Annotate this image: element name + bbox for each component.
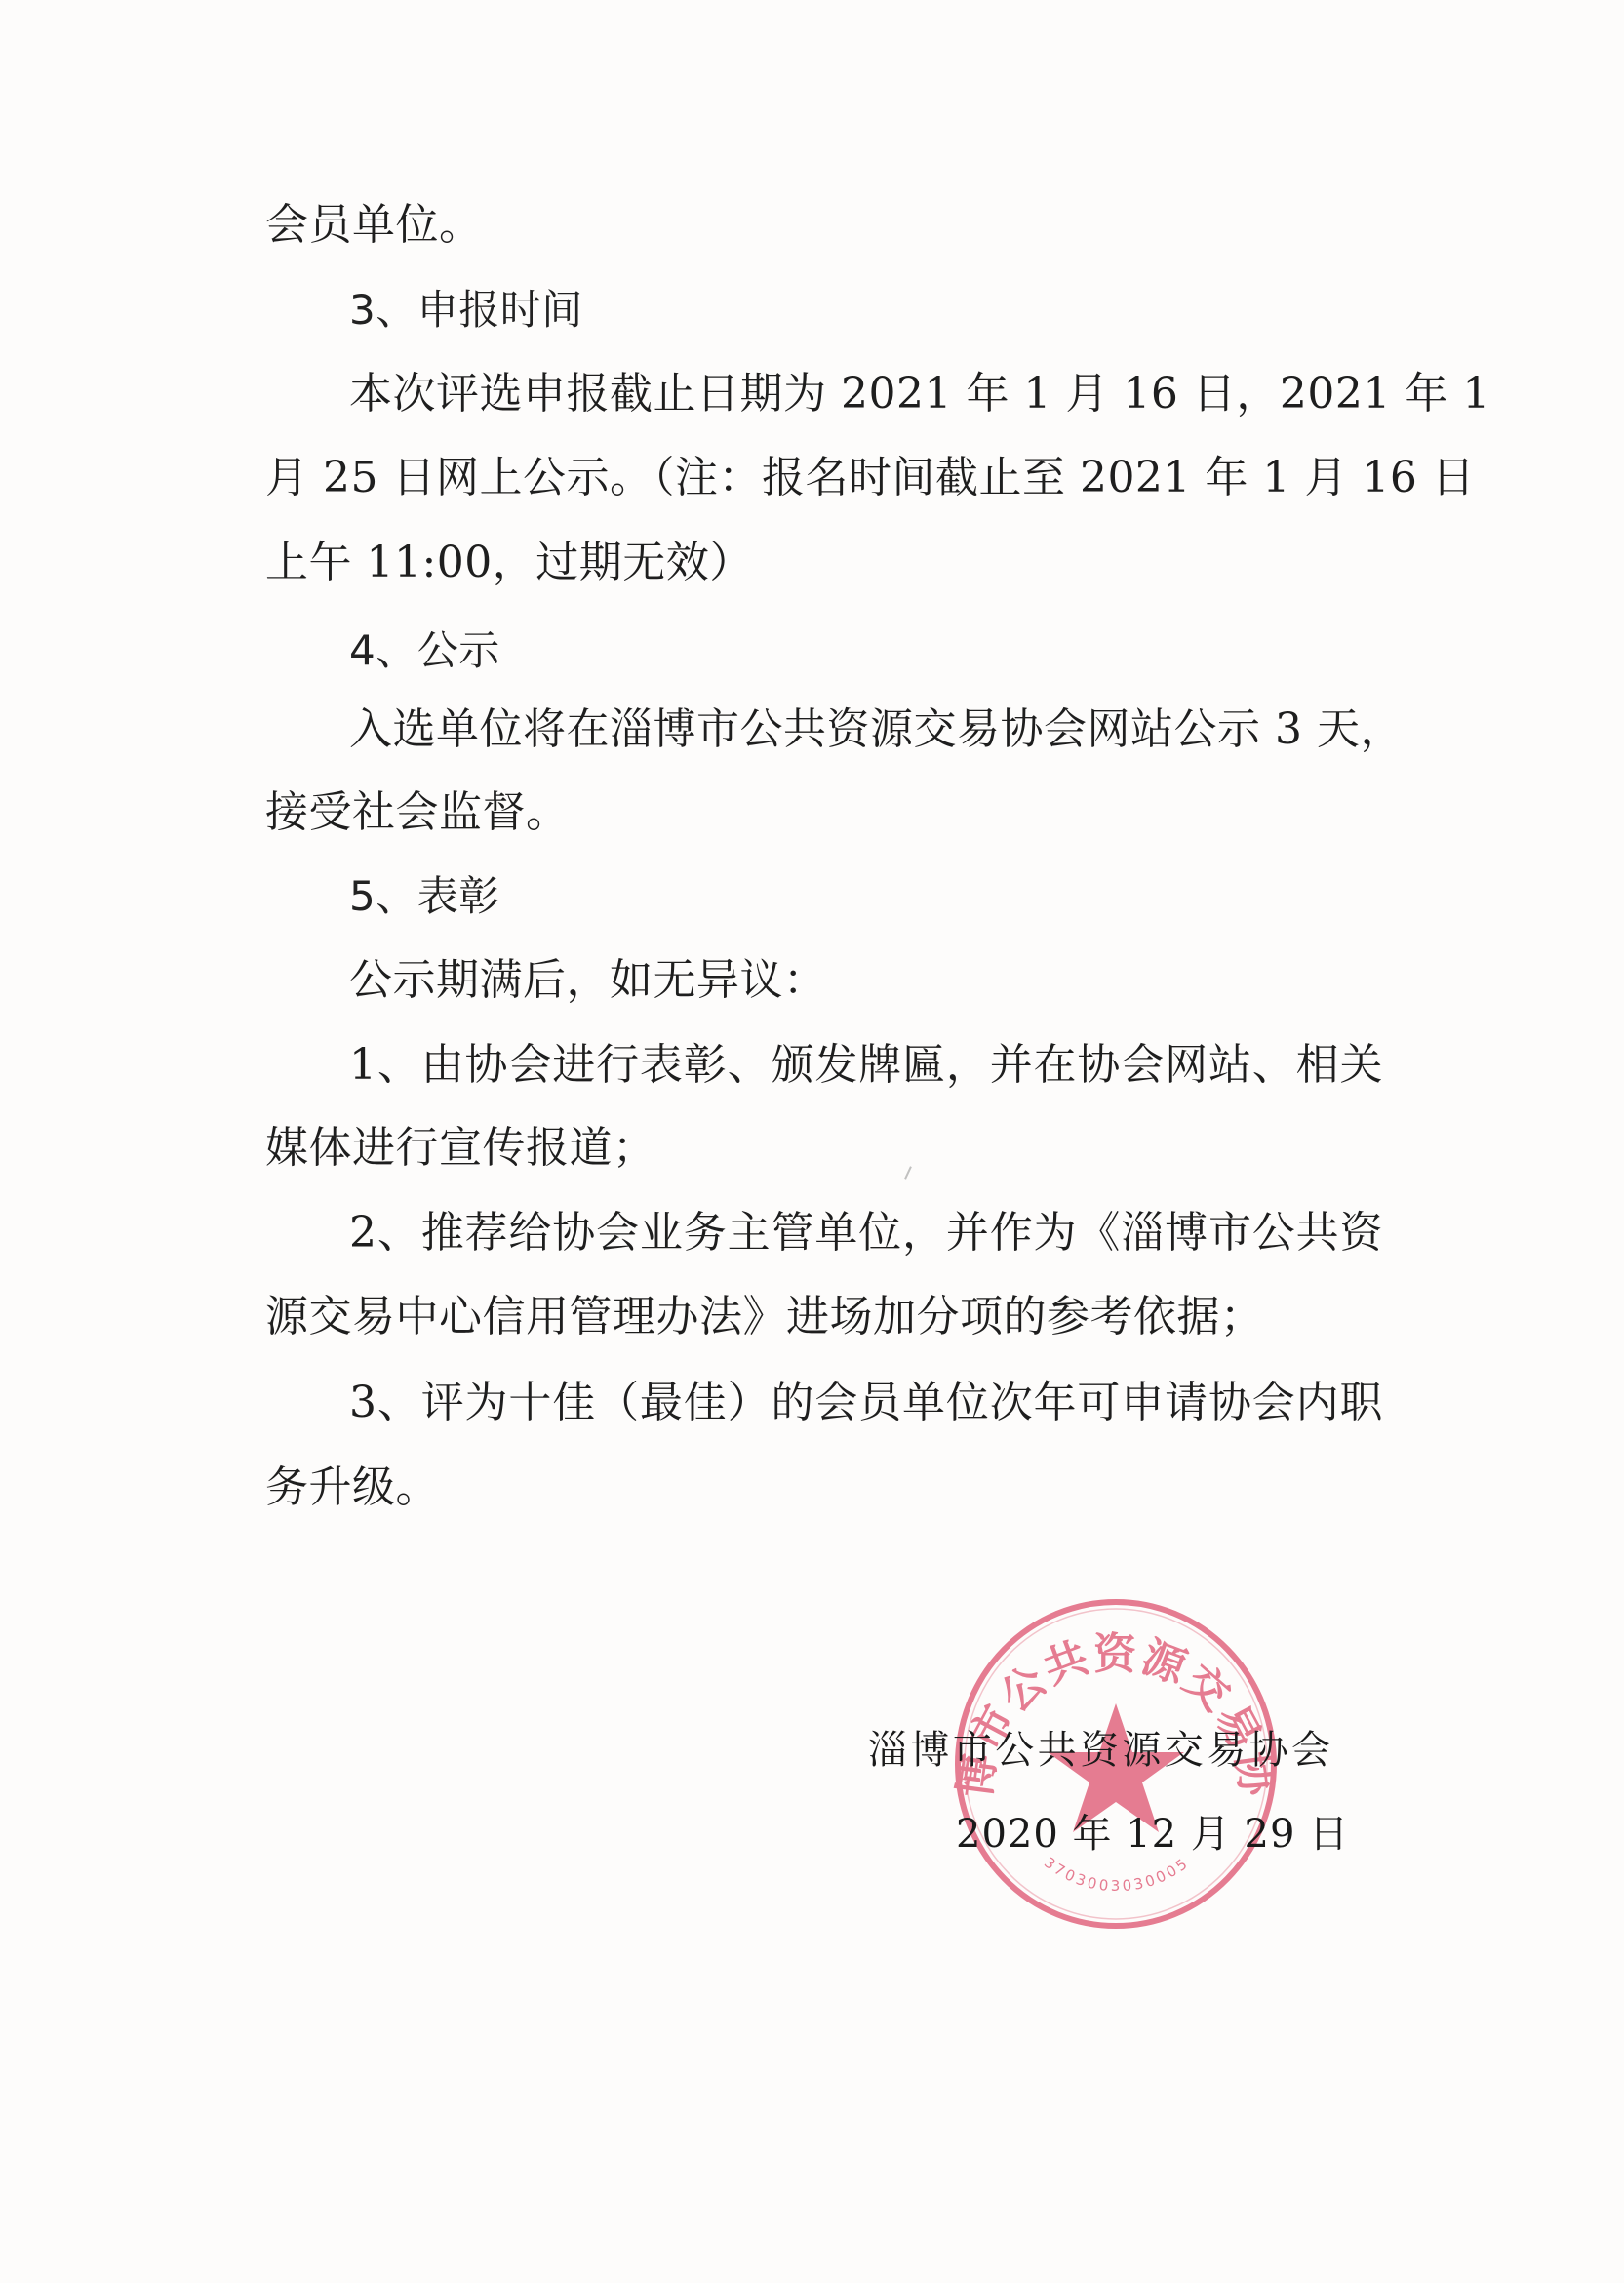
body-line-commendation-intro: 公示期满后，如无异议： bbox=[349, 939, 1383, 1022]
body-line-publicity: 入选单位将在淄博市公共资源交易协会网站公示 3 天， bbox=[349, 688, 1383, 772]
body-line-deadline-note: 上午 11:00，过期无效） bbox=[265, 521, 1382, 605]
section-heading-application-time: 3、申报时间 bbox=[349, 268, 1383, 352]
body-line-item-2-cont: 源交易中心信用管理办法》进场加分项的参考依据； bbox=[265, 1275, 1382, 1359]
signature-organization: 淄博市公共资源交易协会 bbox=[868, 1719, 1333, 1775]
body-line-item-1: 1、由协会进行表彰、颁发牌匾，并在协会网站、相关 bbox=[349, 1023, 1383, 1107]
body-line-continuation: 会员单位。 bbox=[265, 183, 1382, 267]
body-line-item-3-cont: 务升级。 bbox=[265, 1446, 1382, 1530]
signature-date: 2020 年 12 月 29 日 bbox=[956, 1803, 1349, 1859]
body-line-publicity-cont: 接受社会监督。 bbox=[265, 771, 1382, 855]
svg-text:3703003030005: 3703003030005 bbox=[1041, 1854, 1193, 1895]
body-line-item-2: 2、推荐给协会业务主管单位，并作为《淄博市公共资 bbox=[349, 1191, 1383, 1275]
body-line-item-3: 3、评为十佳（最佳）的会员单位次年可申请协会内职 bbox=[349, 1361, 1383, 1445]
section-heading-commendation: 5、表彰 bbox=[349, 855, 1383, 939]
body-line-deadline: 本次评选申报截止日期为 2021 年 1 月 16 日，2021 年 1 bbox=[349, 352, 1383, 436]
body-line-deadline-cont: 月 25 日网上公示。（注：报名时间截止至 2021 年 1 月 16 日 bbox=[265, 436, 1382, 520]
document-page: 会员单位。 3、申报时间 本次评选申报截止日期为 2021 年 1 月 16 日… bbox=[0, 0, 1624, 2283]
body-line-item-1-cont: 媒体进行宣传报道； bbox=[265, 1106, 1382, 1190]
section-heading-publicity: 4、公示 bbox=[349, 609, 1383, 693]
